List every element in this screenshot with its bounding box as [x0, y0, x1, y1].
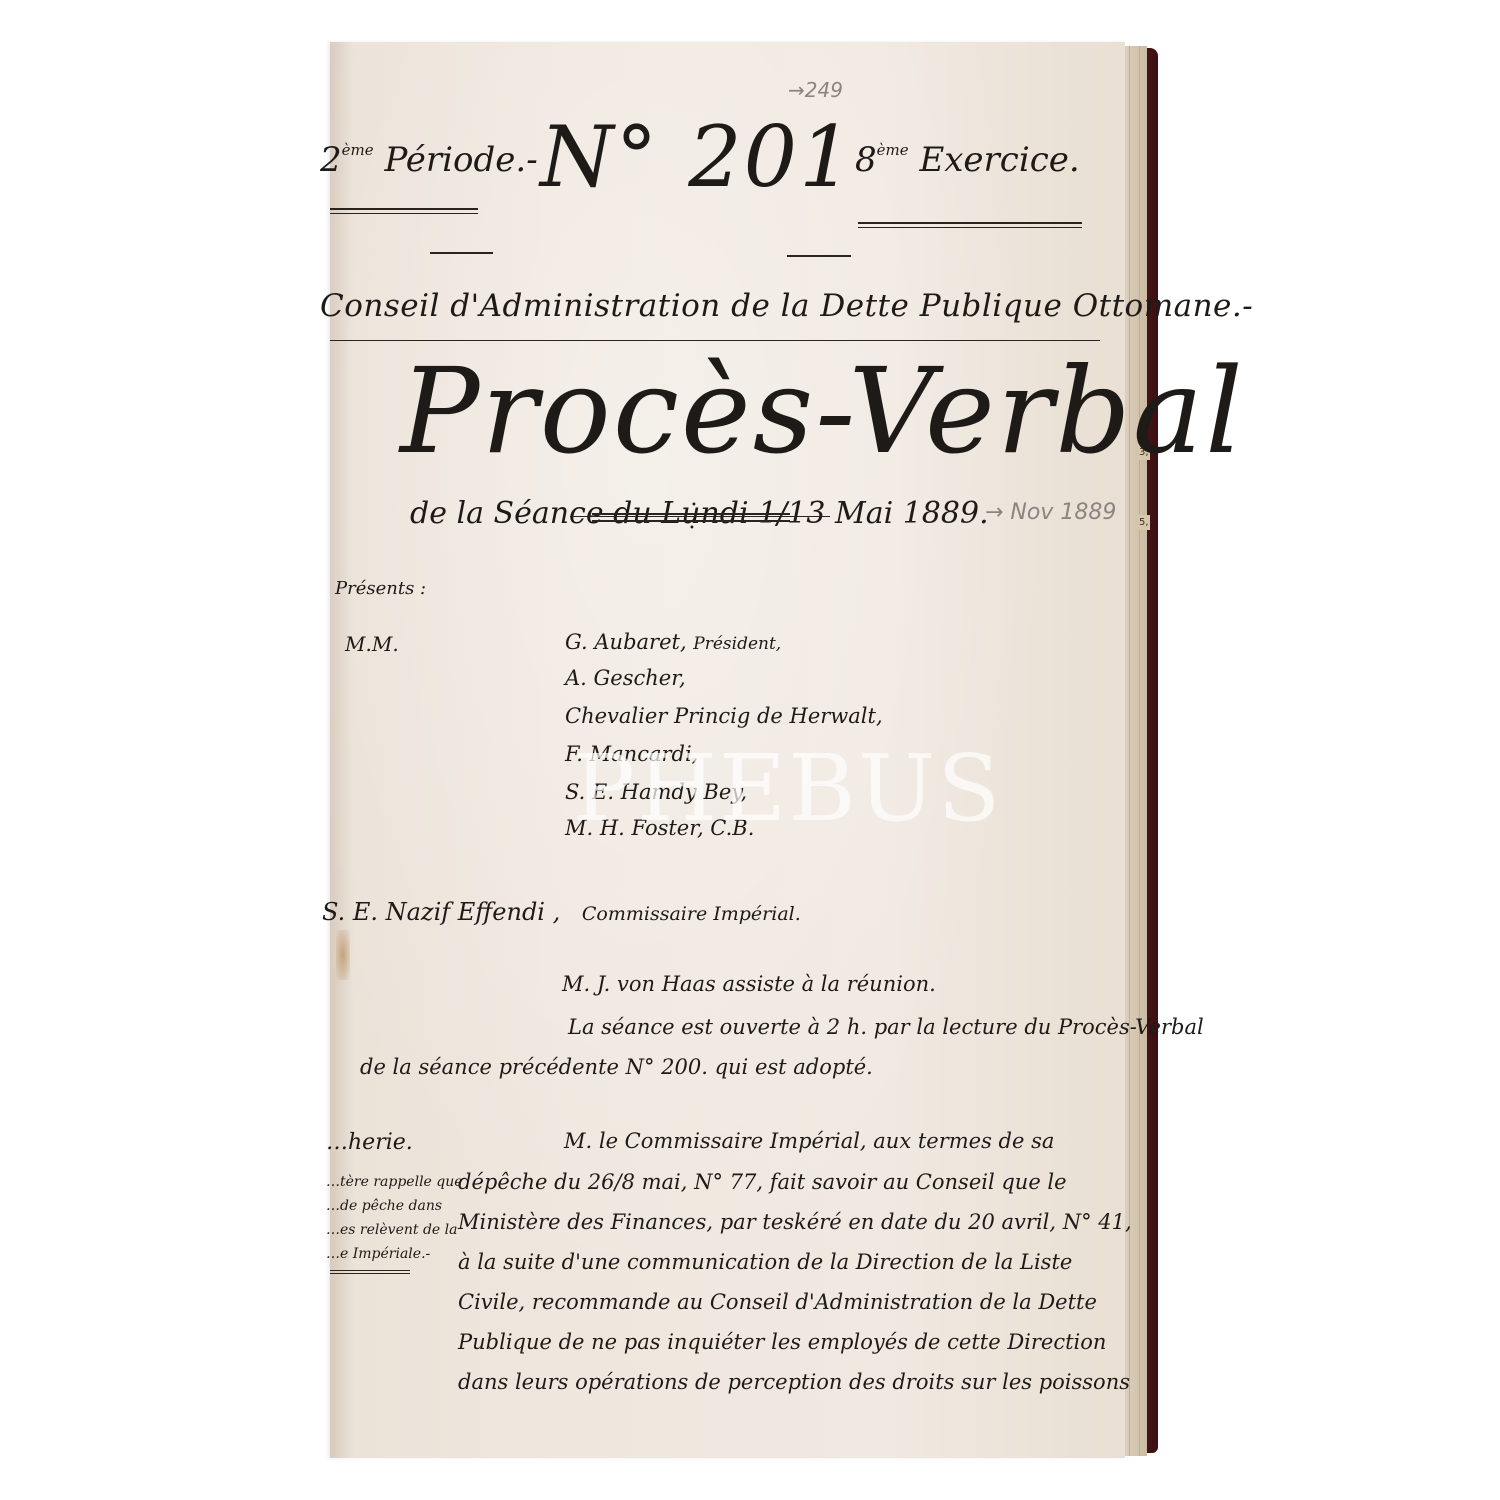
member-name: G. Aubaret [565, 630, 680, 654]
page-number: N° 201 [540, 108, 855, 206]
numero-dash-left [430, 252, 493, 254]
member-name: Chevalier Princig de Herwalt, [565, 704, 883, 728]
body-line: dans leurs opérations de perception des … [458, 1370, 1130, 1394]
commissaire-role: Commissaire Impérial. [582, 903, 801, 925]
margin-note: …de pêche dans [326, 1198, 442, 1214]
margin-underline [330, 1270, 410, 1271]
body-line: dépêche du 26/8 mai, N° 77, fait savoir … [458, 1170, 1067, 1194]
commissaire-line: S. E. Nazif Effendi , Commissaire Impéri… [322, 898, 801, 926]
header-periode: 2ème Période.- [320, 140, 538, 180]
margin-note: …e Impériale.- [326, 1246, 430, 1262]
document-title: Procès-Verbal [400, 342, 1245, 480]
presents-label: Présents : [335, 578, 426, 599]
member-name: A. Gescher, [565, 666, 686, 690]
exercice-underline-thin [858, 227, 1082, 228]
paper-stain [336, 930, 350, 980]
pencil-annotation-249: →249 [788, 78, 843, 102]
commissaire-name: S. E. Nazif Effendi , [322, 898, 560, 926]
body-line: Publique de ne pas inquiéter les employé… [458, 1330, 1106, 1354]
member-entry: G. Aubaret, Président, [565, 630, 781, 654]
margin-note: …es relèvent de la [326, 1222, 457, 1238]
attendance-line: M. J. von Haas assiste à la réunion. [562, 972, 936, 996]
header-exercice: 8ème Exercice. [855, 140, 1080, 180]
exercice-suffix: ème [877, 141, 909, 159]
exercice-ordinal: 8 [855, 140, 877, 180]
body-line: Civile, recommande au Conseil d'Administ… [458, 1290, 1097, 1314]
exercice-label: Exercice. [919, 140, 1079, 180]
numero-dash-right [787, 255, 851, 257]
member-entry: Chevalier Princig de Herwalt, [565, 704, 883, 728]
institution-underline [330, 340, 1100, 341]
member-role: Président, [693, 634, 781, 654]
periode-suffix: ème [342, 141, 374, 159]
periode-underline-thin [330, 213, 478, 214]
exercice-underline [858, 222, 1082, 224]
watermark: PHEBUS [573, 735, 1002, 842]
margin-note: …tère rappelle que [326, 1174, 463, 1190]
periode-ordinal: 2 [320, 140, 342, 180]
opening-line-1: La séance est ouverte à 2 h. par la lect… [568, 1015, 1204, 1039]
body-line: M. le Commissaire Impérial, aux termes d… [564, 1129, 1054, 1153]
margin-underline-thin [330, 1273, 410, 1274]
body-line: Ministère des Finances, par teskéré en d… [458, 1210, 1132, 1234]
institution-name: Conseil d'Administration de la Dette Pub… [320, 288, 1253, 324]
edge-tab-label: 5, [1138, 515, 1150, 530]
body-line: à la suite d'une communication de la Dir… [458, 1250, 1072, 1274]
periode-label: Période.- [384, 140, 537, 180]
member-entry: A. Gescher, [565, 666, 686, 690]
opening-line-2: de la séance précédente N° 200. qui est … [360, 1055, 873, 1079]
periode-underline [330, 208, 478, 210]
presents-prefix: M.M. [345, 632, 399, 656]
pencil-annotation-date: → Nov 1889 [985, 500, 1116, 525]
margin-title: …herie. [326, 1130, 413, 1155]
